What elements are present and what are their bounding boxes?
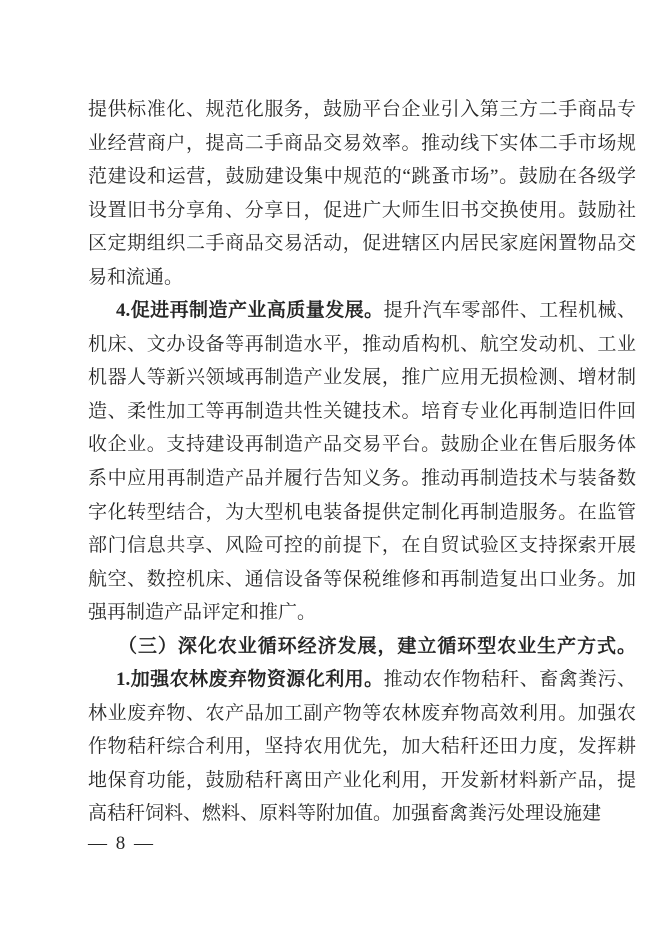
- body-line-text: 机床、文办设备等再制造水平，推动盾构机、航空发动机、工业: [88, 334, 636, 355]
- section-heading-line: （三）深化农业循环经济发展，建立循环型农业生产方式。: [88, 630, 636, 664]
- body-line: 区定期组织二手商品交易活动，促进辖区内居民家庭闲置物品交: [88, 227, 636, 261]
- body-line-text: 强再制造产品评定和推广。: [88, 602, 316, 623]
- body-line: 设置旧书分享角、分享日，促进广大师生旧书交换使用。鼓励社: [88, 194, 636, 228]
- body-line-text: 提升汽车零部件、工程机械、: [384, 300, 636, 321]
- page-number: — 8 —: [88, 831, 155, 857]
- body-line: 机床、文办设备等再制造水平，推动盾构机、航空发动机、工业: [88, 328, 636, 362]
- body-line-text: 航空、数控机床、通信设备等保税维修和再制造复出口业务。加: [88, 569, 636, 590]
- body-line: 作物秸秆综合利用，坚持农用优先，加大秸秆还田力度，发挥耕: [88, 730, 636, 764]
- body-line-text: 造、柔性加工等再制造共性关键技术。培育专业化再制造旧件回: [88, 401, 636, 422]
- body-line-text: 设置旧书分享角、分享日，促进广大师生旧书交换使用。鼓励社: [88, 200, 636, 221]
- body-line: 强再制造产品评定和推广。: [88, 596, 636, 630]
- document-body: 提供标准化、规范化服务，鼓励平台企业引入第三方二手商品专 业经营商户，提高二手商…: [88, 93, 636, 831]
- body-line: 机器人等新兴领域再制造产业发展，推广应用无损检测、增材制: [88, 361, 636, 395]
- body-line-text: 易和流通。: [88, 267, 183, 288]
- body-line-text: 字化转型结合，为大型机电装备提供定制化再制造服务。在监管: [88, 502, 636, 523]
- numbered-heading: 4.促进再制造产业高质量发展。: [116, 300, 384, 321]
- numbered-heading: 1.加强农林废弃物资源化利用。: [116, 669, 384, 690]
- body-line-text: 范建设和运营，鼓励建设集中规范的“跳蚤市场”。鼓励在各级学校: [88, 166, 636, 194]
- body-line-text: 收企业。支持建设再制造产品交易平台。鼓励企业在售后服务体: [88, 434, 636, 455]
- section-heading: （三）深化农业循环经济发展，建立循环型农业生产方式。: [118, 636, 636, 657]
- body-line: 收企业。支持建设再制造产品交易平台。鼓励企业在售后服务体: [88, 428, 636, 462]
- body-line: 部门信息共享、风险可控的前提下，在自贸试验区支持探索开展: [88, 529, 636, 563]
- body-line-text: 机器人等新兴领域再制造产业发展，推广应用无损检测、增材制: [88, 367, 636, 388]
- body-line: 高秸秆饲料、燃料、原料等附加值。加强畜禽粪污处理设施建: [88, 797, 636, 831]
- body-line-text: 高秸秆饲料、燃料、原料等附加值。加强畜禽粪污处理设施建: [88, 803, 601, 824]
- body-line: 易和流通。: [88, 261, 636, 295]
- body-line: 1.加强农林废弃物资源化利用。推动农作物秸秆、畜禽粪污、: [88, 663, 636, 697]
- body-line: 系中应用再制造产品并履行告知义务。推动再制造技术与装备数: [88, 462, 636, 496]
- body-line-text: 区定期组织二手商品交易活动，促进辖区内居民家庭闲置物品交: [88, 233, 636, 254]
- body-line: 范建设和运营，鼓励建设集中规范的“跳蚤市场”。鼓励在各级学校: [88, 160, 636, 194]
- body-line-text: 推动农作物秸秆、畜禽粪污、: [384, 669, 636, 690]
- body-line: 林业废弃物、农产品加工副产物等农林废弃物高效利用。加强农: [88, 697, 636, 731]
- body-line-text: 系中应用再制造产品并履行告知义务。推动再制造技术与装备数: [88, 468, 636, 489]
- body-line-text: 林业废弃物、农产品加工副产物等农林废弃物高效利用。加强农: [88, 703, 636, 724]
- body-line-text: 作物秸秆综合利用，坚持农用优先，加大秸秆还田力度，发挥耕: [88, 736, 636, 757]
- body-line-text: 业经营商户，提高二手商品交易效率。推动线下实体二手市场规: [88, 133, 636, 154]
- body-line-text: 地保育功能，鼓励秸秆离田产业化利用，开发新材料新产品，提: [88, 770, 636, 791]
- body-line: 4.促进再制造产业高质量发展。提升汽车零部件、工程机械、: [88, 294, 636, 328]
- body-line: 业经营商户，提高二手商品交易效率。推动线下实体二手市场规: [88, 127, 636, 161]
- body-line-text: 部门信息共享、风险可控的前提下，在自贸试验区支持探索开展: [88, 535, 636, 556]
- body-line: 造、柔性加工等再制造共性关键技术。培育专业化再制造旧件回: [88, 395, 636, 429]
- body-line: 航空、数控机床、通信设备等保税维修和再制造复出口业务。加: [88, 563, 636, 597]
- body-line: 提供标准化、规范化服务，鼓励平台企业引入第三方二手商品专: [88, 93, 636, 127]
- body-line: 字化转型结合，为大型机电装备提供定制化再制造服务。在监管: [88, 496, 636, 530]
- body-line: 地保育功能，鼓励秸秆离田产业化利用，开发新材料新产品，提: [88, 764, 636, 798]
- document-page: 提供标准化、规范化服务，鼓励平台企业引入第三方二手商品专 业经营商户，提高二手商…: [0, 0, 666, 926]
- body-line-text: 提供标准化、规范化服务，鼓励平台企业引入第三方二手商品专: [88, 99, 636, 120]
